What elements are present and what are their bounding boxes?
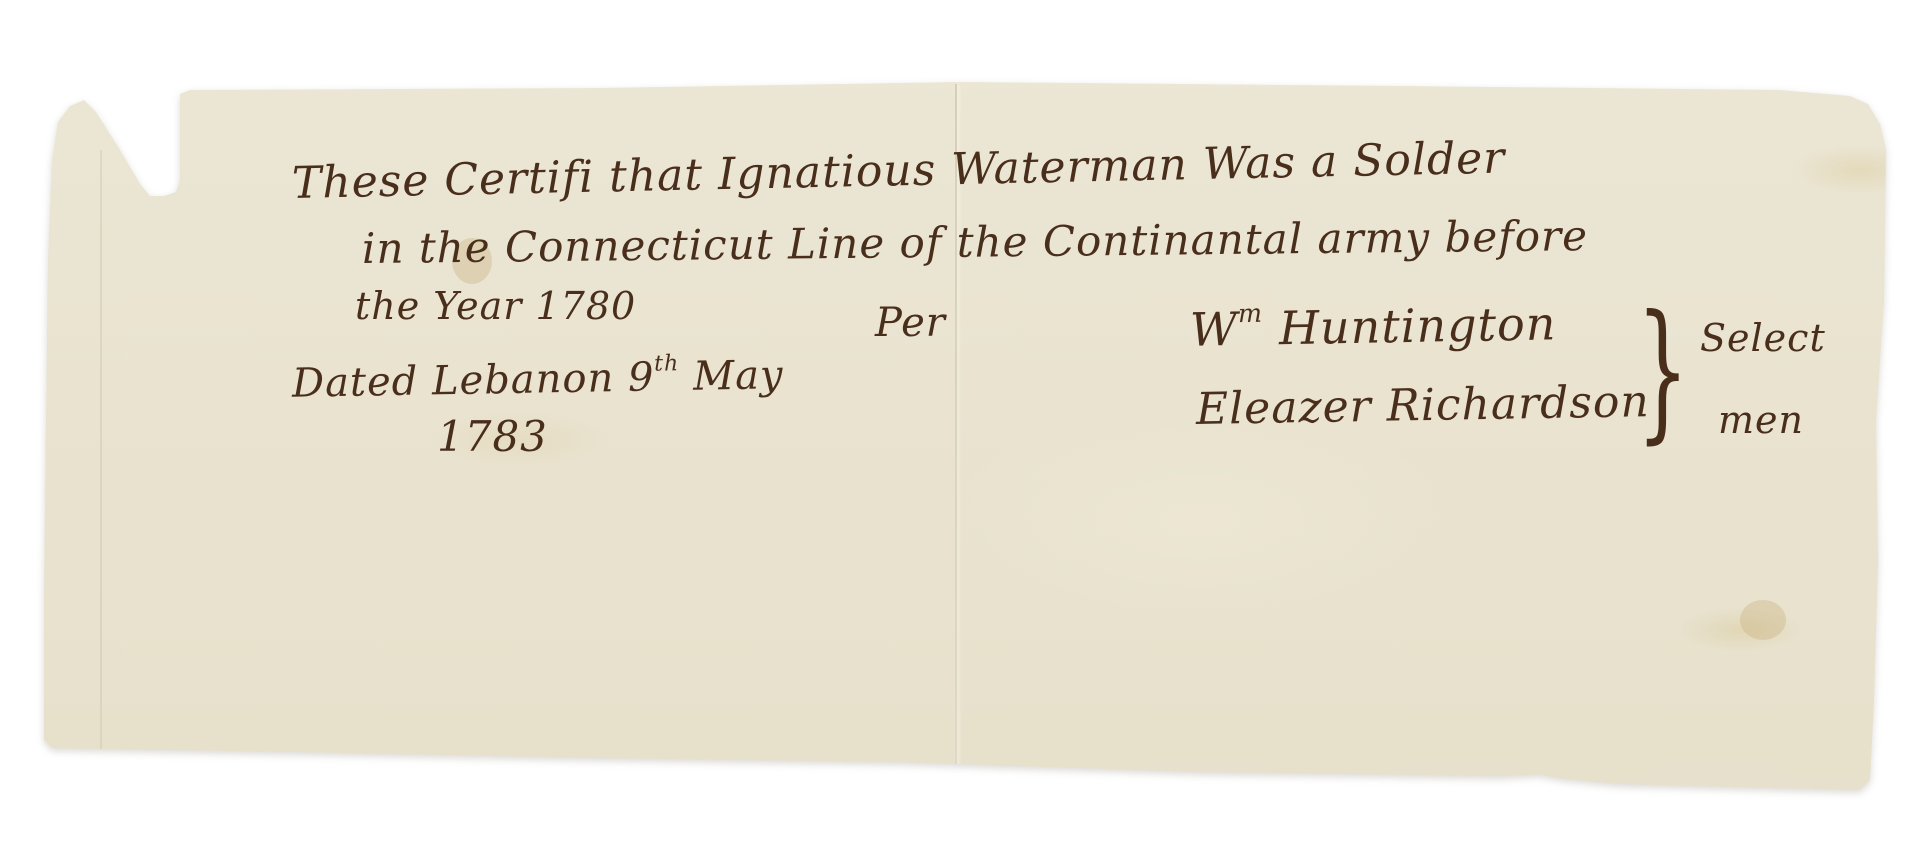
aged-paper-sheet: These Certifi that Ignatious Waterman Wa…: [0, 0, 1920, 862]
per-label: Per: [875, 300, 946, 346]
document-scan: These Certifi that Ignatious Waterman Wa…: [0, 0, 1920, 862]
paper-stain: [1740, 600, 1786, 640]
title-men: men: [1718, 398, 1804, 442]
signature-initial-sup: m: [1238, 299, 1264, 328]
signature-richardson: Eleazer Richardson: [1196, 376, 1651, 435]
dateline-day-suffix: th: [654, 351, 679, 376]
dateline-place-day: Dated Lebanon 9: [292, 354, 655, 406]
signatory-brace: }: [1636, 296, 1688, 446]
title-select: Select: [1700, 316, 1826, 360]
dateline: Dated Lebanon 9th May: [292, 349, 784, 406]
signature-initial: W: [1190, 302, 1239, 357]
left-fold-crease: [100, 150, 102, 750]
certificate-line-1: These Certifi that Ignatious Waterman Wa…: [291, 133, 1505, 209]
dateline-year: 1783: [437, 412, 548, 461]
certificate-line-2: in the Connecticut Line of the Continant…: [362, 211, 1588, 273]
signature-huntington: Wm Huntington: [1190, 294, 1557, 357]
dateline-month: May: [679, 352, 784, 400]
signature-surname: Huntington: [1263, 296, 1557, 355]
certificate-line-3: the Year 1780: [355, 284, 636, 328]
